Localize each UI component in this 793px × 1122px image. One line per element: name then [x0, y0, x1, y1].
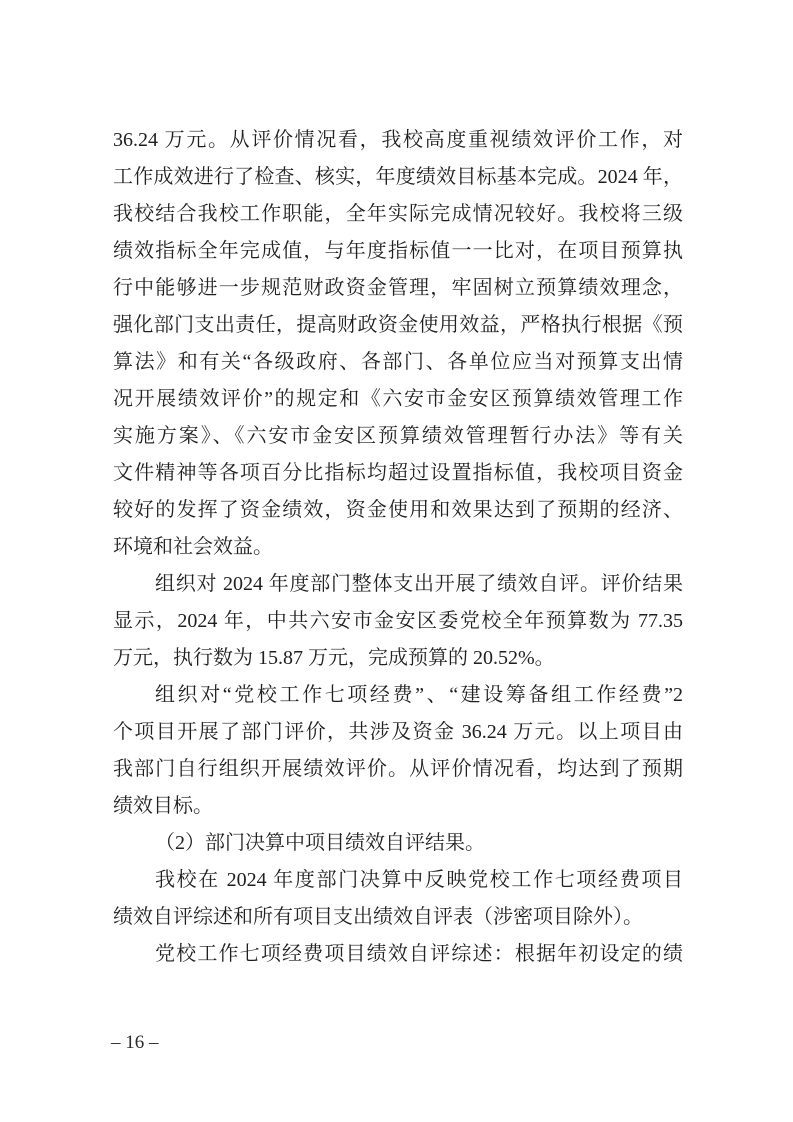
text-line: 较好的发挥了资金绩效，资金使用和效果达到了预期的经济、 — [113, 492, 683, 529]
text-line: 万元，执行数为 15.87 万元，完成预算的 20.52%。 — [113, 640, 683, 677]
page-number: – 16 – — [111, 1030, 159, 1056]
text-line: 组织对“党校工作七项经费”、“建设筹备组工作经费”2 — [113, 677, 683, 714]
text-line: 行中能够进一步规范财政资金管理，牢固树立预算绩效理念， — [113, 270, 683, 307]
text-line: 我校结合我校工作职能，全年实际完成情况较好。我校将三级 — [113, 196, 683, 233]
text-line: 个项目开展了部门评价，共涉及资金 36.24 万元。以上项目由 — [113, 714, 683, 751]
text-line: 我部门自行组织开展绩效评价。从评价情况看，均达到了预期 — [113, 751, 683, 788]
text-line: （2）部门决算中项目绩效自评结果。 — [113, 825, 683, 862]
text-line: 显示，2024 年，中共六安市金安区委党校全年预算数为 77.35 — [113, 603, 683, 640]
text-line: 绩效指标全年完成值，与年度指标值一一比对，在项目预算执 — [113, 233, 683, 270]
text-line: 环境和社会效益。 — [113, 529, 683, 566]
text-line: 况开展绩效评价”的规定和《六安市金安区预算绩效管理工作 — [113, 381, 683, 418]
text-line: 文件精神等各项百分比指标均超过设置指标值，我校项目资金 — [113, 455, 683, 492]
text-line: 组织对 2024 年度部门整体支出开展了绩效自评。评价结果 — [113, 566, 683, 603]
text-line: 强化部门支出责任，提高财政资金使用效益，严格执行根据《预 — [113, 307, 683, 344]
document-page: 36.24 万元。从评价情况看，我校高度重视绩效评价工作，对工作成效进行了检查、… — [0, 0, 793, 1122]
text-line: 我校在 2024 年度部门决算中反映党校工作七项经费项目 — [113, 862, 683, 899]
text-line: 算法》和有关“各级政府、各部门、各单位应当对预算支出情 — [113, 344, 683, 381]
text-line: 绩效自评综述和所有项目支出绩效自评表（涉密项目除外）。 — [113, 899, 683, 936]
text-line: 36.24 万元。从评价情况看，我校高度重视绩效评价工作，对 — [113, 122, 683, 159]
text-line: 工作成效进行了检查、核实，年度绩效目标基本完成。2024 年， — [113, 159, 683, 196]
text-line: 绩效目标。 — [113, 788, 683, 825]
text-line: 党校工作七项经费项目绩效自评综述：根据年初设定的绩 — [113, 936, 683, 973]
document-body-text: 36.24 万元。从评价情况看，我校高度重视绩效评价工作，对工作成效进行了检查、… — [113, 122, 683, 973]
text-line: 实施方案》、《六安市金安区预算绩效管理暂行办法》等有关 — [113, 418, 683, 455]
